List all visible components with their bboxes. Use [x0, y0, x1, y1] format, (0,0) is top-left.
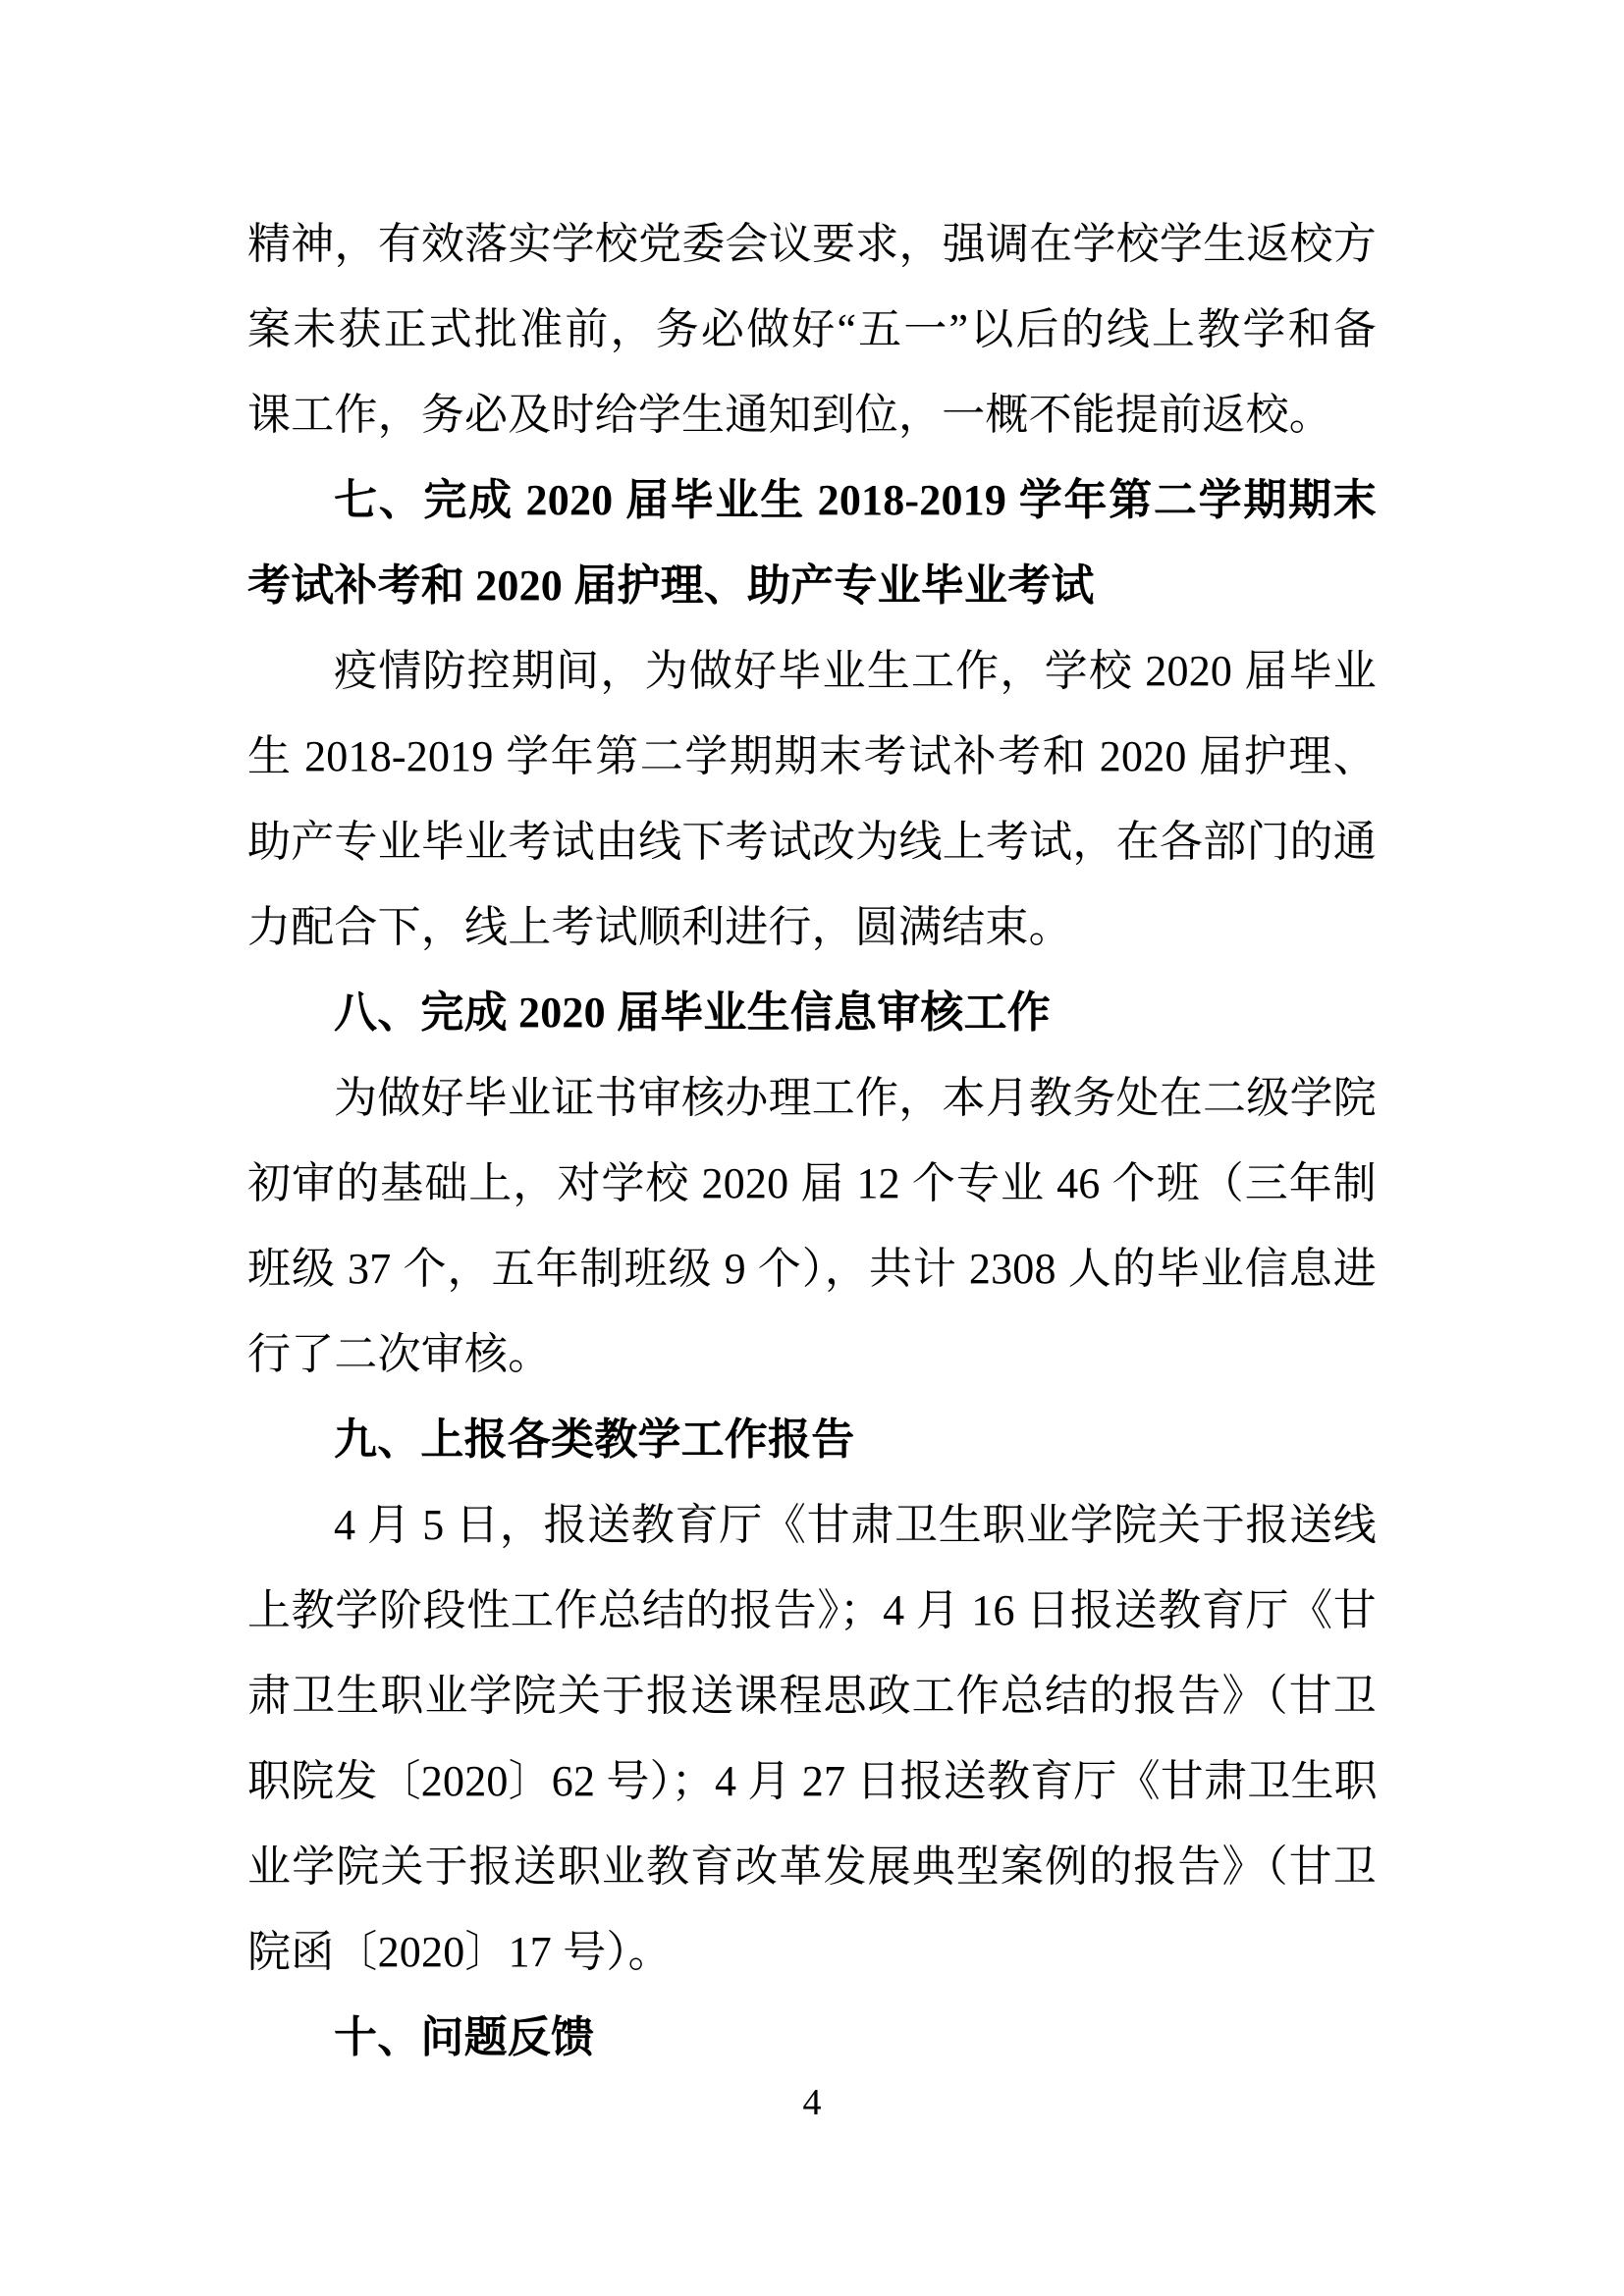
- text-line: 上教学阶段性工作总结的报告》；4 月 16 日报送教育厅《甘: [247, 1568, 1377, 1653]
- text-line: 行了二次审核。: [247, 1311, 1377, 1397]
- text-line: 课工作，务必及时给学生通知到位，一概不能提前返校。: [247, 372, 1377, 457]
- section-heading-8: 八、完成 2020 届毕业生信息审核工作: [247, 970, 1377, 1055]
- text-line: 班级 37 个，五年制班级 9 个），共计 2308 人的毕业信息进: [247, 1226, 1377, 1311]
- section-heading-9: 九、上报各类教学工作报告: [247, 1397, 1377, 1482]
- text-line: 生 2018-2019 学年第二学期期末考试补考和 2020 届护理、: [247, 714, 1377, 799]
- section-heading-10: 十、问题反馈: [247, 1995, 1377, 2080]
- document-body: 精神，有效落实学校党委会议要求，强调在学校学生返校方 案未获正式批准前，务必做好…: [247, 201, 1377, 2080]
- page-number: 4: [0, 2079, 1624, 2126]
- text-line: 院函〔2020〕17 号）。: [247, 1909, 1377, 1995]
- text-line: 精神，有效落实学校党委会议要求，强调在学校学生返校方: [247, 201, 1377, 287]
- section-heading-7-continuation: 考试补考和 2020 届护理、助产专业毕业考试: [247, 543, 1377, 628]
- text-line: 案未获正式批准前，务必做好“五一”以后的线上教学和备: [247, 287, 1377, 372]
- text-line: 为做好毕业证书审核办理工作，本月教务处在二级学院: [247, 1055, 1377, 1141]
- text-line: 力配合下，线上考试顺利进行，圆满结束。: [247, 884, 1377, 970]
- text-line: 职院发〔2020〕62 号）；4 月 27 日报送教育厅《甘肃卫生职: [247, 1738, 1377, 1824]
- text-line: 疫情防控期间，为做好毕业生工作，学校 2020 届毕业: [247, 628, 1377, 714]
- document-page: 精神，有效落实学校党委会议要求，强调在学校学生返校方 案未获正式批准前，务必做好…: [0, 0, 1624, 2296]
- text-line: 4 月 5 日，报送教育厅《甘肃卫生职业学院关于报送线: [247, 1482, 1377, 1568]
- text-line: 肃卫生职业学院关于报送课程思政工作总结的报告》（甘卫: [247, 1653, 1377, 1738]
- text-line: 业学院关于报送职业教育改革发展典型案例的报告》（甘卫: [247, 1824, 1377, 1909]
- section-heading-7: 七、完成 2020 届毕业生 2018-2019 学年第二学期期末: [247, 457, 1377, 543]
- text-line: 助产专业毕业考试由线下考试改为线上考试，在各部门的通: [247, 799, 1377, 884]
- text-line: 初审的基础上，对学校 2020 届 12 个专业 46 个班（三年制: [247, 1141, 1377, 1226]
